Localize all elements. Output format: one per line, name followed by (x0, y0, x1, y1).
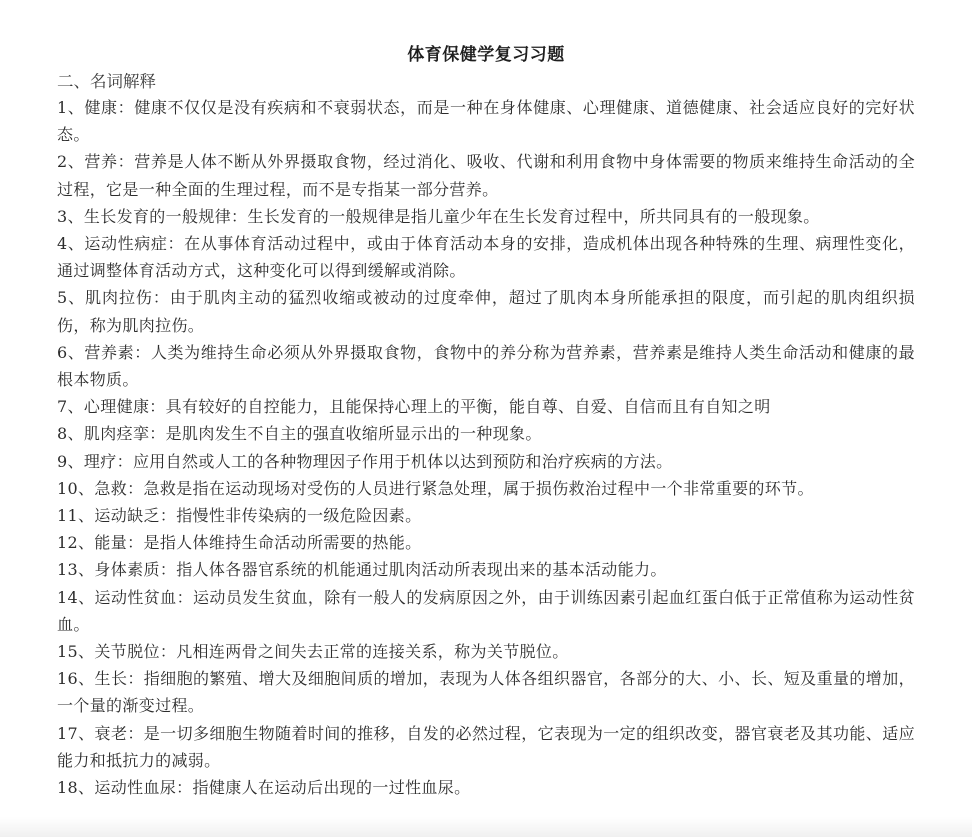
entry-term: 肌肉痉挛： (84, 424, 166, 443)
definition-entry-1: 1、健康：健康不仅仅是没有疾病和不衰弱状态，而是一种在身体健康、心理健康、道德健… (57, 94, 915, 148)
definition-entry-10: 10、急救：急救是指在运动现场对受伤的人员进行紧急处理，属于损伤救治过程中一个非… (57, 475, 915, 502)
entry-term: 健康： (84, 98, 134, 117)
entry-term: 身体素质： (94, 560, 176, 579)
definition-entry-11: 11、运动缺乏：指慢性非传染病的一级危险因素。 (57, 502, 915, 529)
entry-term: 运动性病症： (84, 234, 184, 253)
entry-number: 8、 (57, 424, 84, 443)
entry-definition: 在从事体育活动过程中，或由于体育活动本身的安排，造成机体出现各种特殊的生理、病理… (57, 234, 915, 280)
definition-entry-16: 16、生长：指细胞的繁殖、增大及细胞间质的增加，表现为人体各组织器官，各部分的大… (57, 665, 915, 719)
entry-definition: 健康不仅仅是没有疾病和不衰弱状态，而是一种在身体健康、心理健康、道德健康、社会适… (57, 98, 915, 144)
entry-definition: 营养是人体不断从外界摄取食物，经过消化、吸收、代谢和利用食物中身体需要的物质来维… (57, 152, 915, 198)
entry-number: 11、 (57, 506, 94, 525)
entry-number: 5、 (57, 288, 85, 307)
entry-definition: 指慢性非传染病的一级危险因素。 (176, 506, 421, 525)
section-heading: 二、名词解释 (57, 68, 156, 92)
entry-number: 4、 (57, 234, 84, 253)
entry-definition: 人类为维持生命必须从外界摄取食物，食物中的养分称为营养素，营养素是维持人类生命活… (57, 343, 915, 389)
entry-definition: 应用自然或人工的各种物理因子作用于机体以达到预防和治疗疾病的方法。 (133, 452, 673, 471)
entry-number: 17、 (57, 724, 95, 743)
entry-definition: 具有较好的自控能力，且能保持心理上的平衡，能自尊、自爱、自信而且有自知之明 (166, 397, 771, 416)
definition-entry-7: 7、心理健康：具有较好的自控能力，且能保持心理上的平衡，能自尊、自爱、自信而且有… (57, 393, 915, 420)
definition-entry-3: 3、生长发育的一般规律：生长发育的一般规律是指儿童少年在生长发育过程中，所共同具… (57, 203, 915, 230)
definition-entry-2: 2、营养：营养是人体不断从外界摄取食物，经过消化、吸收、代谢和利用食物中身体需要… (57, 148, 915, 202)
entry-number: 3、 (57, 207, 84, 226)
entry-term: 衰老： (95, 724, 144, 743)
entry-definition: 是肌肉发生不自主的强直收缩所显示出的一种现象。 (166, 424, 542, 443)
definition-entry-14: 14、运动性贫血：运动员发生贫血，除有一般人的发病原因之外，由于训练因素引起血红… (57, 584, 915, 638)
entry-number: 2、 (57, 152, 84, 171)
entry-definition: 指细胞的繁殖、增大及细胞间质的增加，表现为人体各组织器官，各部分的大、小、长、短… (57, 669, 915, 715)
entry-term: 肌肉拉伤： (85, 288, 170, 307)
entry-number: 1、 (57, 98, 84, 117)
entry-term: 理疗： (84, 452, 133, 471)
document-page: 体育保健学复习习题 二、名词解释 1、健康：健康不仅仅是没有疾病和不衰弱状态，而… (0, 0, 972, 837)
entry-number: 7、 (57, 397, 84, 416)
entry-number: 10、 (57, 479, 94, 498)
entry-number: 16、 (57, 669, 95, 688)
document-title: 体育保健学复习习题 (0, 40, 972, 65)
entry-number: 13、 (57, 560, 94, 579)
definition-entry-4: 4、运动性病症：在从事体育活动过程中，或由于体育活动本身的安排，造成机体出现各种… (57, 230, 915, 284)
entry-number: 14、 (57, 588, 95, 607)
entry-number: 9、 (57, 452, 84, 471)
entry-number: 6、 (57, 343, 84, 362)
definition-entry-18: 18、运动性血尿：指健康人在运动后出现的一过性血尿。 (57, 774, 915, 801)
entry-definition: 凡相连两骨之间失去正常的连接关系，称为关节脱位。 (176, 642, 568, 661)
entry-term: 生长发育的一般规律： (84, 207, 248, 226)
entry-number: 18、 (57, 778, 94, 797)
entry-term: 心理健康： (84, 397, 166, 416)
entry-definition: 是指人体维持生命活动所需要的热能。 (143, 533, 421, 552)
definitions-list: 1、健康：健康不仅仅是没有疾病和不衰弱状态，而是一种在身体健康、心理健康、道德健… (57, 94, 915, 801)
entry-term: 生长： (95, 669, 144, 688)
entry-term: 运动性血尿： (94, 778, 192, 797)
entry-definition: 急救是指在运动现场对受伤的人员进行紧急处理，属于损伤救治过程中一个非常重要的环节… (143, 479, 813, 498)
entry-definition: 指人体各器官系统的机能通过肌肉活动所表现出来的基本活动能力。 (176, 560, 667, 579)
entry-number: 12、 (57, 533, 94, 552)
definition-entry-12: 12、能量：是指人体维持生命活动所需要的热能。 (57, 529, 915, 556)
entry-term: 营养素： (84, 343, 150, 362)
definition-entry-5: 5、肌肉拉伤：由于肌肉主动的猛烈收缩或被动的过度牵伸，超过了肌肉本身所能承担的限… (57, 284, 915, 338)
definition-entry-13: 13、身体素质：指人体各器官系统的机能通过肌肉活动所表现出来的基本活动能力。 (57, 556, 915, 583)
definition-entry-15: 15、关节脱位：凡相连两骨之间失去正常的连接关系，称为关节脱位。 (57, 638, 915, 665)
page-bottom-edge (0, 817, 972, 837)
entry-term: 能量： (94, 533, 143, 552)
definition-entry-6: 6、营养素：人类为维持生命必须从外界摄取食物，食物中的养分称为营养素，营养素是维… (57, 339, 915, 393)
entry-definition: 生长发育的一般规律是指儿童少年在生长发育过程中，所共同具有的一般现象。 (247, 207, 819, 226)
entry-term: 营养： (84, 152, 134, 171)
definition-entry-17: 17、衰老：是一切多细胞生物随着时间的推移，自发的必然过程，它表现为一定的组织改… (57, 720, 915, 774)
entry-term: 急救： (94, 479, 143, 498)
entry-definition: 由于肌肉主动的猛烈收缩或被动的过度牵伸，超过了肌肉本身所能承担的限度，而引起的肌… (57, 288, 915, 334)
entry-definition: 指健康人在运动后出现的一过性血尿。 (193, 778, 471, 797)
definition-entry-9: 9、理疗：应用自然或人工的各种物理因子作用于机体以达到预防和治疗疾病的方法。 (57, 448, 915, 475)
definition-entry-8: 8、肌肉痉挛：是肌肉发生不自主的强直收缩所显示出的一种现象。 (57, 420, 915, 447)
entry-definition: 是一切多细胞生物随着时间的推移，自发的必然过程，它表现为一定的组织改变，器官衰老… (57, 724, 915, 770)
entry-number: 15、 (57, 642, 94, 661)
entry-term: 运动缺乏： (94, 506, 176, 525)
entry-term: 关节脱位： (94, 642, 176, 661)
entry-term: 运动性贫血： (95, 588, 193, 607)
